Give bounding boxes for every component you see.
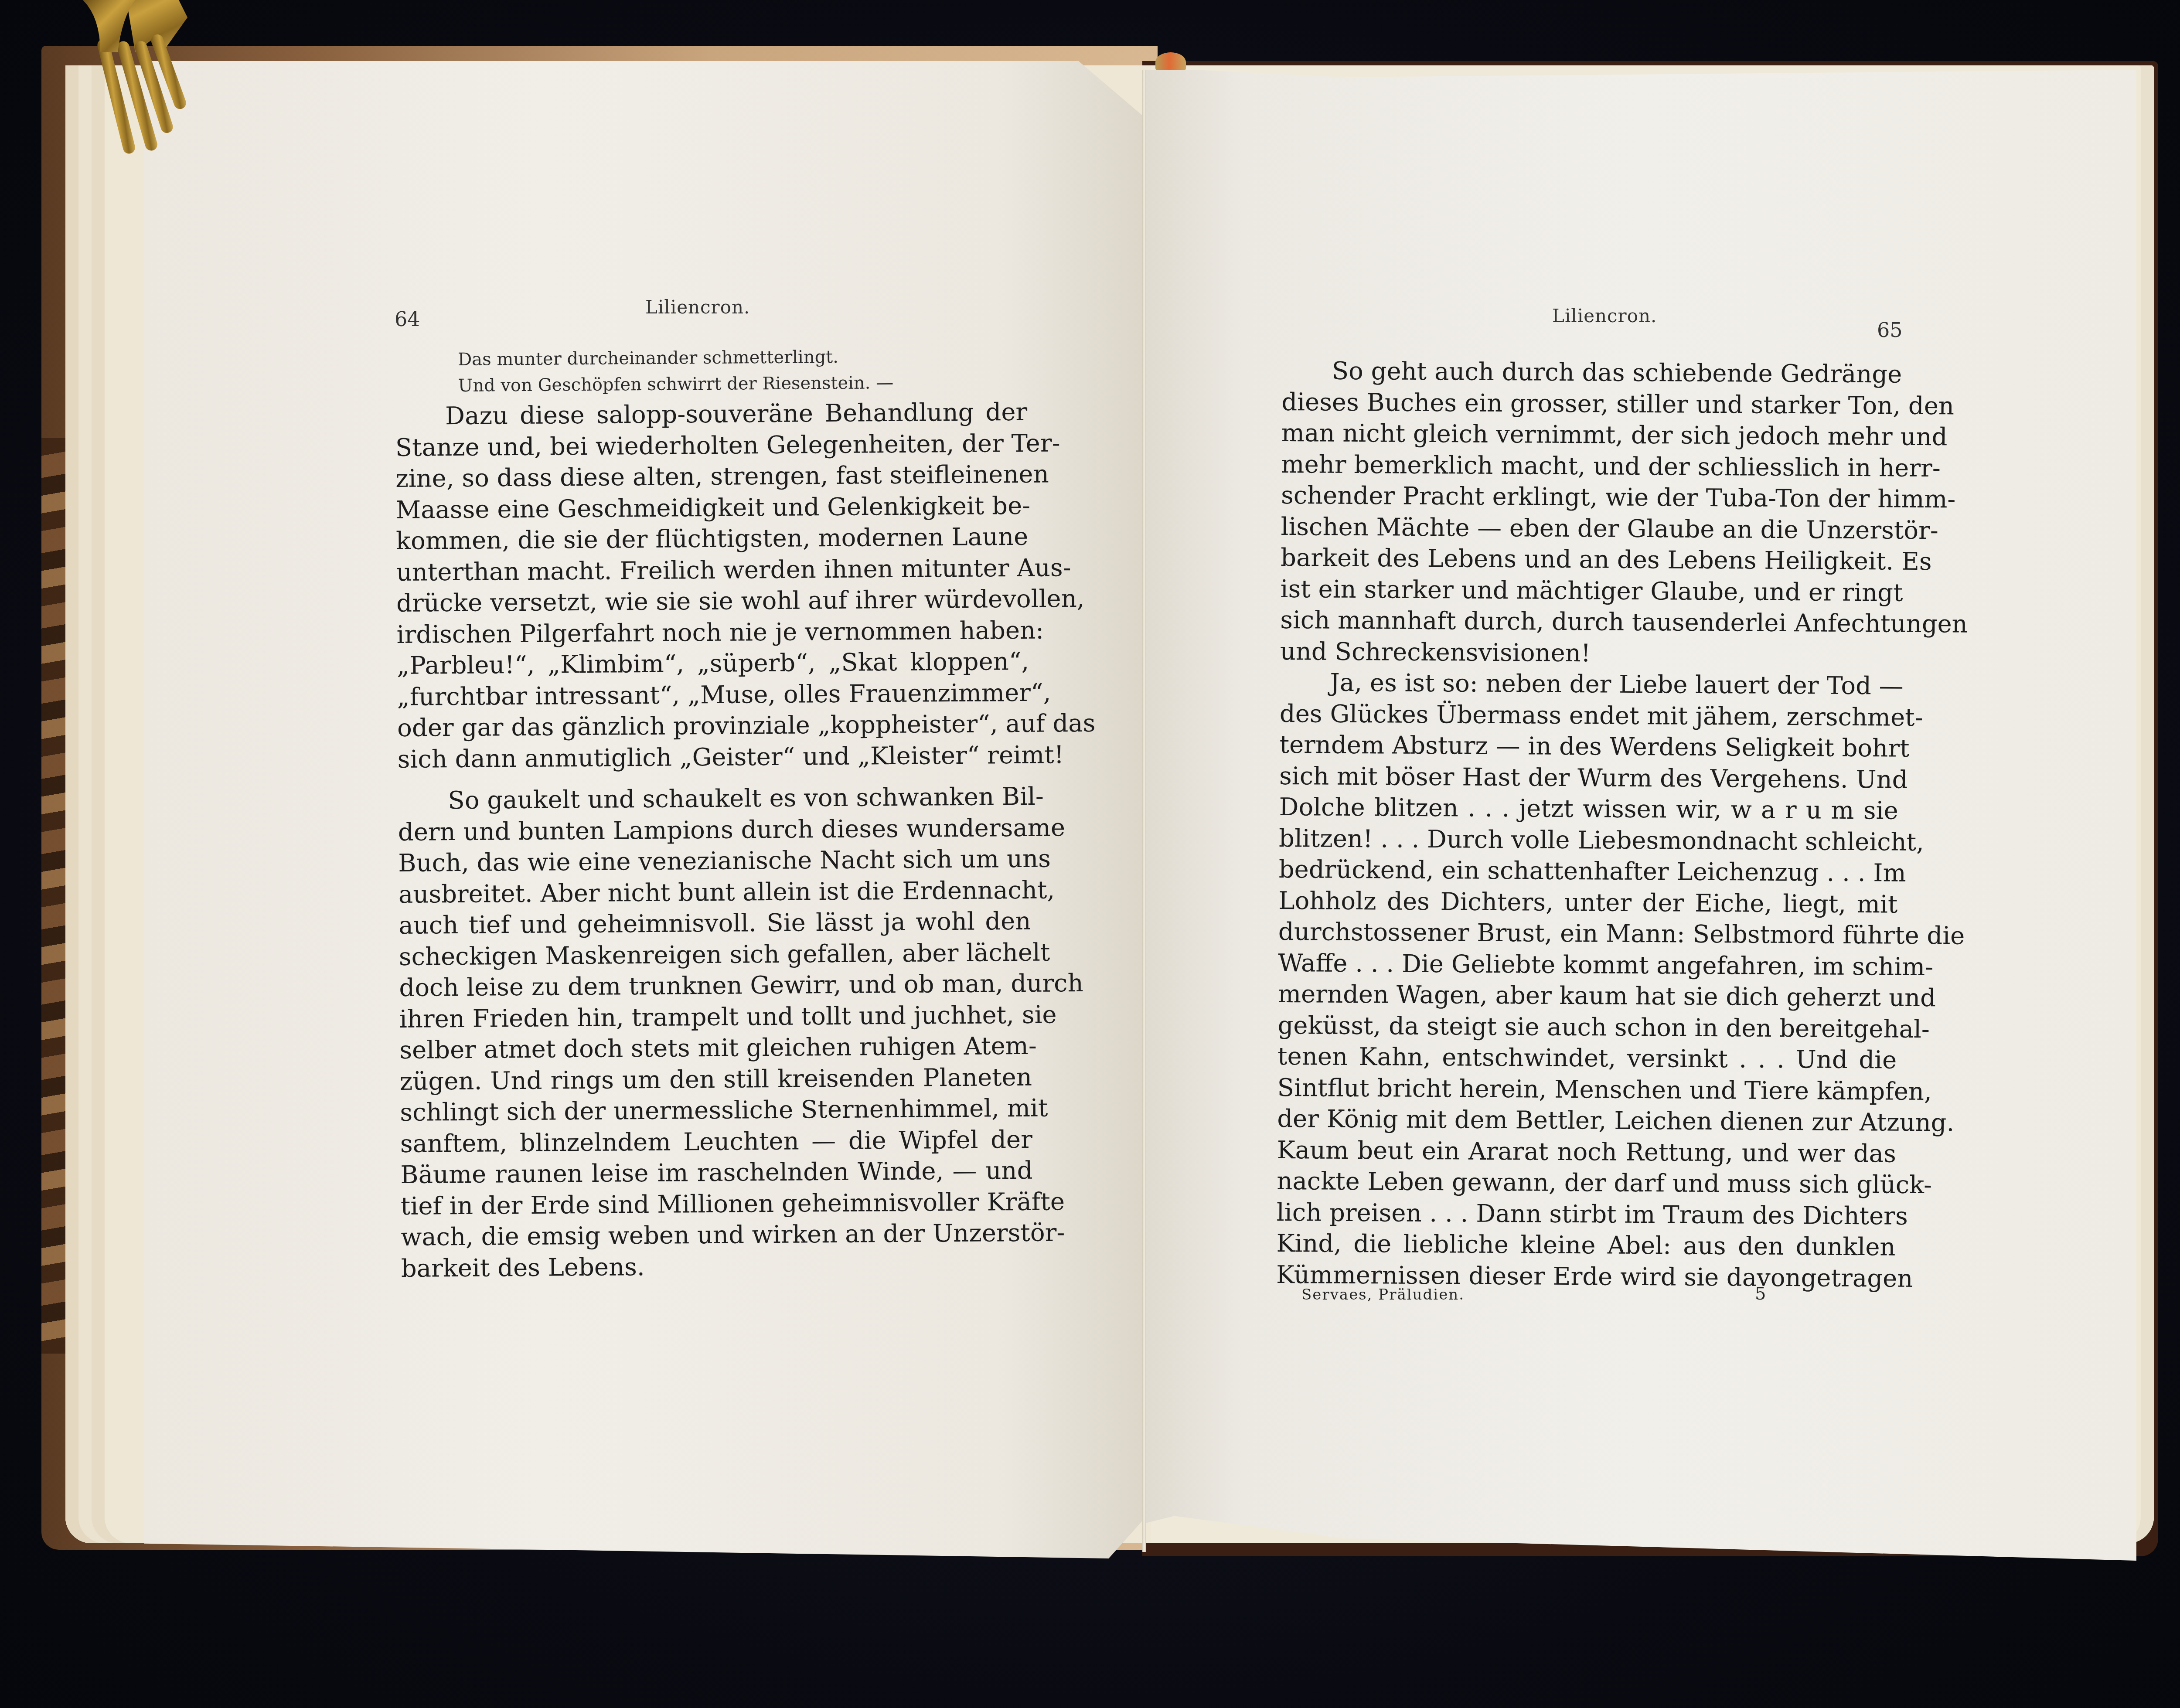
text-line: barkeit des Lebens und an des Lebens Hei…: [1281, 542, 1900, 577]
text-line: sanftem, blinzelndem Leuchten — die Wipf…: [400, 1124, 1032, 1160]
text-line: des Glückes Übermass endet mit jähem, ze…: [1280, 698, 1899, 733]
page-number-left: 64: [395, 307, 420, 331]
text-line: man nicht gleich vernimmt, der sich jedo…: [1281, 418, 1901, 453]
text-line: sich dann anmutiglich „Geister“ und „Kle…: [397, 739, 1029, 775]
book-gutter: [1142, 70, 1146, 1552]
text-line: auch tief und geheimnisvoll. Sie lässt j…: [399, 906, 1031, 942]
text-line: Dazu diese salopp-souveräne Behandlung d…: [395, 397, 1027, 432]
text-line: zügen. Und rings um den still kreisenden…: [400, 1062, 1032, 1097]
text-line: oder gar das gänzlich provinziale „kopph…: [397, 708, 1029, 744]
verse-quote: Das munter durcheinander schmetterlingt.…: [458, 344, 893, 399]
text-line: bedrückend, ein schattenhafter Leichenzu…: [1279, 854, 1898, 889]
text-line: doch leise zu dem trunknen Gewirr, und o…: [399, 968, 1031, 1004]
text-line: barkeit des Lebens.: [401, 1249, 1033, 1284]
text-line: wach, die emsig weben und wirken an der …: [401, 1218, 1033, 1253]
running-head-right: Liliencron.: [1552, 305, 1657, 327]
right-body-text: So geht auch durch das schiebende Gedrän…: [1276, 355, 1901, 1294]
text-line: schlingt sich der unermessliche Sternenh…: [400, 1093, 1032, 1129]
running-head-left: Liliencron.: [645, 296, 750, 318]
text-line: Kaum beut ein Ararat noch Rettung, und w…: [1277, 1134, 1896, 1169]
text-line: sich mannhaft durch, durch tausenderlei …: [1280, 605, 1899, 640]
text-line: lich preisen . . . Dann stirbt im Traum …: [1277, 1197, 1896, 1232]
signature-mark: Servaes, Präludien.: [1301, 1286, 1465, 1303]
text-line: nackte Leben gewann, der darf und muss s…: [1277, 1166, 1896, 1201]
text-line: ausbreitet. Aber nicht bunt allein ist d…: [399, 874, 1031, 910]
headband: [1155, 52, 1186, 72]
text-line: sich mit böser Hast der Wurm des Vergehe…: [1279, 760, 1898, 795]
text-line: unterthan macht. Freilich werden ihnen m…: [396, 552, 1028, 588]
text-line: Stanze und, bei wiederholten Gelegenheit…: [395, 428, 1027, 463]
text-line: selber atmet doch stets mit gleichen ruh…: [399, 1031, 1032, 1066]
text-line: der König mit dem Bettler, Leichen diene…: [1277, 1103, 1896, 1138]
text-line: und Schreckensvisionen!: [1280, 636, 1899, 670]
text-line: ihren Frieden hin, trampelt und tollt un…: [399, 999, 1032, 1035]
text-line: schender Pracht erklingt, wie der Tuba-T…: [1281, 480, 1900, 515]
text-line: blitzen! . . . Durch volle Liebesmondnac…: [1279, 823, 1898, 857]
text-line: mehr bemerklich macht, und der schliessl…: [1281, 449, 1900, 483]
text-line: durchstossener Brust, ein Mann: Selbstmo…: [1278, 916, 1897, 951]
text-line: Ja, es ist so: neben der Liebe lauert de…: [1280, 667, 1899, 702]
text-line: zine, so dass diese alten, strengen, fas…: [395, 459, 1028, 495]
verse-line: Und von Geschöpfen schwirrt der Riesenst…: [458, 370, 893, 399]
text-line: dern und bunten Lampions durch dieses wu…: [398, 812, 1030, 848]
text-line: kommen, die sie der flüchtigsten, modern…: [396, 521, 1028, 557]
text-line: Buch, das wie eine venezianische Nacht s…: [398, 844, 1030, 879]
left-body-text: Dazu diese salopp-souveräne Behandlung d…: [395, 397, 1033, 1284]
verse-line: Das munter durcheinander schmetterlingt.: [458, 344, 893, 373]
page-number-right: 65: [1877, 318, 1903, 342]
text-line: Bäume raunen leise im raschelnden Winde,…: [400, 1155, 1032, 1191]
text-line: scheckigen Maskenreigen sich gefallen, a…: [399, 937, 1031, 973]
text-line: Lohholz des Dichters, unter der Eiche, l…: [1278, 885, 1897, 920]
text-line: tief in der Erde sind Millionen geheimni…: [401, 1186, 1033, 1222]
text-line: dieses Buches ein grosser, stiller und s…: [1281, 386, 1901, 421]
text-line: Kind, die liebliche kleine Abel: aus den…: [1276, 1228, 1895, 1263]
text-line: Dolche blitzen . . . jetzt wissen wir, w…: [1279, 792, 1898, 827]
text-line: drücke versetzt, wie sie sie wohl auf ih…: [396, 584, 1029, 619]
text-line: terndem Absturz — in des Werdens Seligke…: [1279, 729, 1898, 764]
sheet-number: 5: [1755, 1284, 1766, 1304]
text-line: ist ein starker und mächtiger Glaube, un…: [1281, 573, 1900, 608]
text-line: Waffe . . . Die Geliebte kommt angefahre…: [1278, 947, 1897, 982]
text-line: Maasse eine Geschmeidigkeit und Gelenkig…: [395, 490, 1028, 526]
text-line: „Parbleu!“, „Klimbim“, „süperb“, „Skat k…: [397, 646, 1029, 682]
text-line: „furchtbar intressant“, „Muse, olles Fra…: [397, 677, 1029, 713]
text-line: So gaukelt und schaukelt es von schwanke…: [398, 781, 1030, 817]
brass-hand-clip-icon: [35, 0, 218, 161]
text-line: irdischen Pilgerfahrt noch nie je vernom…: [396, 615, 1029, 650]
text-line: geküsst, da steigt sie auch schon in den…: [1277, 1010, 1897, 1045]
text-line: mernden Wagen, aber kaum hat sie dich ge…: [1278, 979, 1897, 1014]
text-line: lischen Mächte — eben der Glaube an die …: [1281, 511, 1900, 546]
text-line: Sintflut bricht herein, Menschen und Tie…: [1277, 1072, 1897, 1107]
text-line: So geht auch durch das schiebende Gedrän…: [1282, 355, 1901, 390]
text-line: tenen Kahn, entschwindet, versinkt . . .…: [1277, 1041, 1897, 1076]
